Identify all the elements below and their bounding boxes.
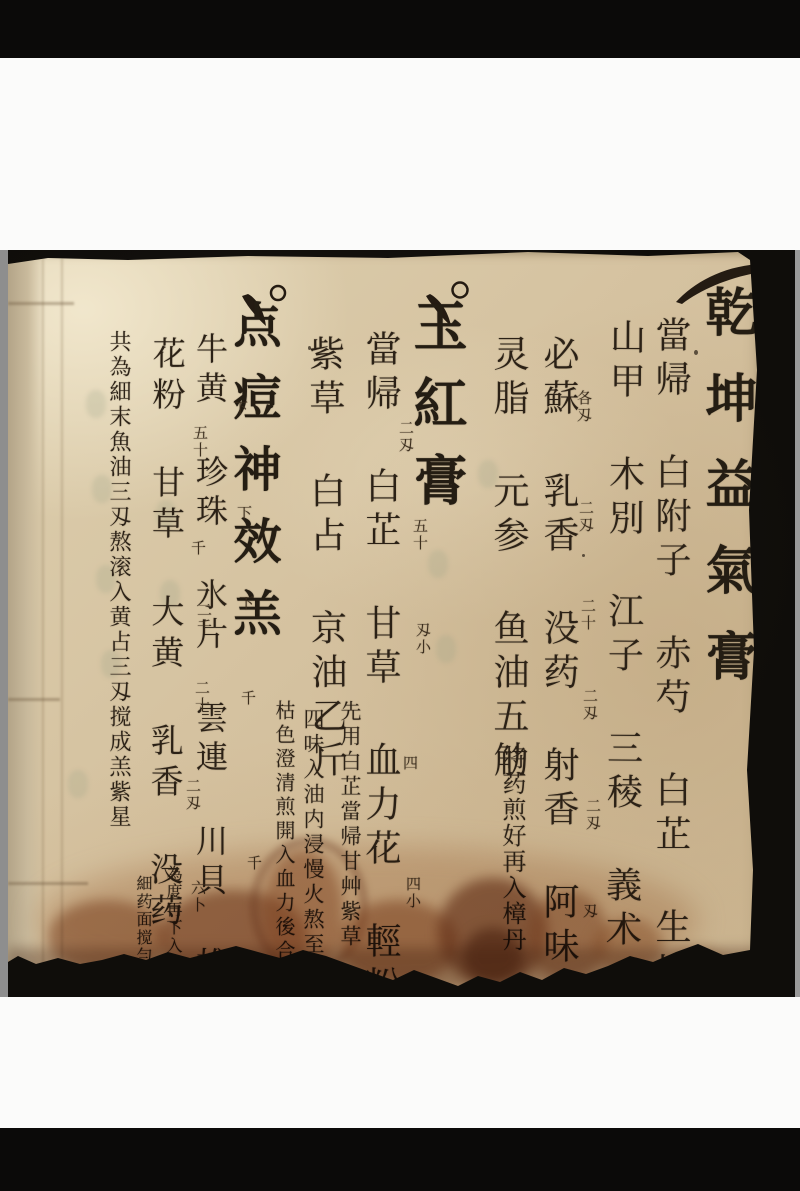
dosage-annotation: 五十 (192, 425, 207, 459)
page-fold-line (61, 258, 63, 975)
instruction-column: 枯色澄清煎開入血力後合勻 (274, 700, 294, 988)
scan-edge-strip (795, 250, 800, 997)
instruction-column: 共為細末魚油三刄熬滚入黄占三刄搅成羔紫星 (107, 330, 129, 830)
dosage-annotation: 下 (232, 400, 247, 417)
dosage-annotation: 下 (238, 595, 253, 612)
dosage-annotation: 千 (246, 855, 261, 872)
manuscript-page: 乾坤益氣膏 當帰 白附子 赤芍 白芷 生地 熟地 山甲 木別 江子 三稜 義术 … (8, 250, 761, 997)
water-stain (663, 948, 727, 988)
top-matte (0, 0, 800, 58)
water-stain (438, 878, 548, 986)
instruction-column: 先用白芷當帰甘艸紫草 (339, 700, 360, 950)
instruction-column: 細药面搅勻 (135, 875, 151, 965)
scan-edge-strip (0, 250, 8, 997)
recipe-title: 乾坤益氣膏 (700, 285, 752, 715)
dosage-annotation: 千 (240, 690, 255, 707)
dosage-annotation: 二十 (580, 598, 595, 632)
ingredient-column: 灵脂 元参 鱼油五觔 (490, 335, 526, 785)
dosage-annotation: 四 (402, 755, 417, 772)
instruction-column: 為度再下入 (165, 865, 181, 955)
dosage-annotation: 千 (190, 540, 205, 557)
page-fold-line (42, 258, 44, 975)
dosage-annotation: 刄小 (415, 622, 430, 656)
binding-crease (8, 302, 74, 305)
ink-speck (694, 350, 698, 355)
dosage-annotation: 五十 (412, 518, 427, 552)
ink-showthrough (86, 390, 106, 418)
dosage-annotation: 各刄 (576, 390, 591, 424)
recipe-title: 玉紅膏 (410, 298, 464, 529)
dosage-annotation: 六卜 (190, 880, 205, 914)
dosage-annotation: 二刄 (582, 688, 597, 722)
binding-crease (8, 698, 60, 701)
dosage-annotation: 二刄 (398, 420, 413, 454)
ink-showthrough (428, 550, 448, 578)
ink-speck (308, 346, 311, 350)
photo-backdrop: 乾坤益氣膏 當帰 白附子 赤芍 白芷 生地 熟地 山甲 木別 江子 三稜 義术 … (8, 250, 795, 997)
ink-showthrough (436, 635, 456, 663)
ingredient-column: 當帰 白芷 甘草 血力花 輕粉 (362, 330, 398, 1010)
ingredient-column: 必蘇 乳香 没药 射香 阿味 肉桂 (540, 335, 576, 1108)
ink-speck (582, 554, 585, 557)
dosage-annotation: 二千 (196, 602, 211, 636)
ingredient-column: 山甲 木別 江子 三稜 義术 以此 (601, 318, 642, 1091)
dosage-annotation: 二刄 (585, 798, 600, 832)
dosage-annotation: 二刄 (578, 500, 593, 534)
manuscript-scan-page: 乾坤益氣膏 當帰 白附子 赤芍 白芷 生地 熟地 山甲 木別 江子 三稜 義术 … (0, 0, 800, 1191)
instruction-column: 四味入油内浸慢火熬至微 (302, 708, 323, 983)
binding-crease (8, 882, 88, 885)
ink-showthrough (68, 770, 88, 798)
dosage-annotation: 下 (236, 505, 251, 522)
dosage-annotation: 二十 (194, 680, 209, 714)
dosage-annotation: 二刄 (185, 778, 200, 812)
ingredient-column: 當帰 白附子 赤芍 白芷 生地 熟地 (652, 316, 688, 1133)
bottom-matte (0, 1128, 800, 1191)
dosage-annotation: 四小 (405, 876, 420, 910)
dosage-annotation: 刄 (582, 903, 597, 920)
instruction-column: 将药煎好再入樟丹 (500, 745, 524, 953)
